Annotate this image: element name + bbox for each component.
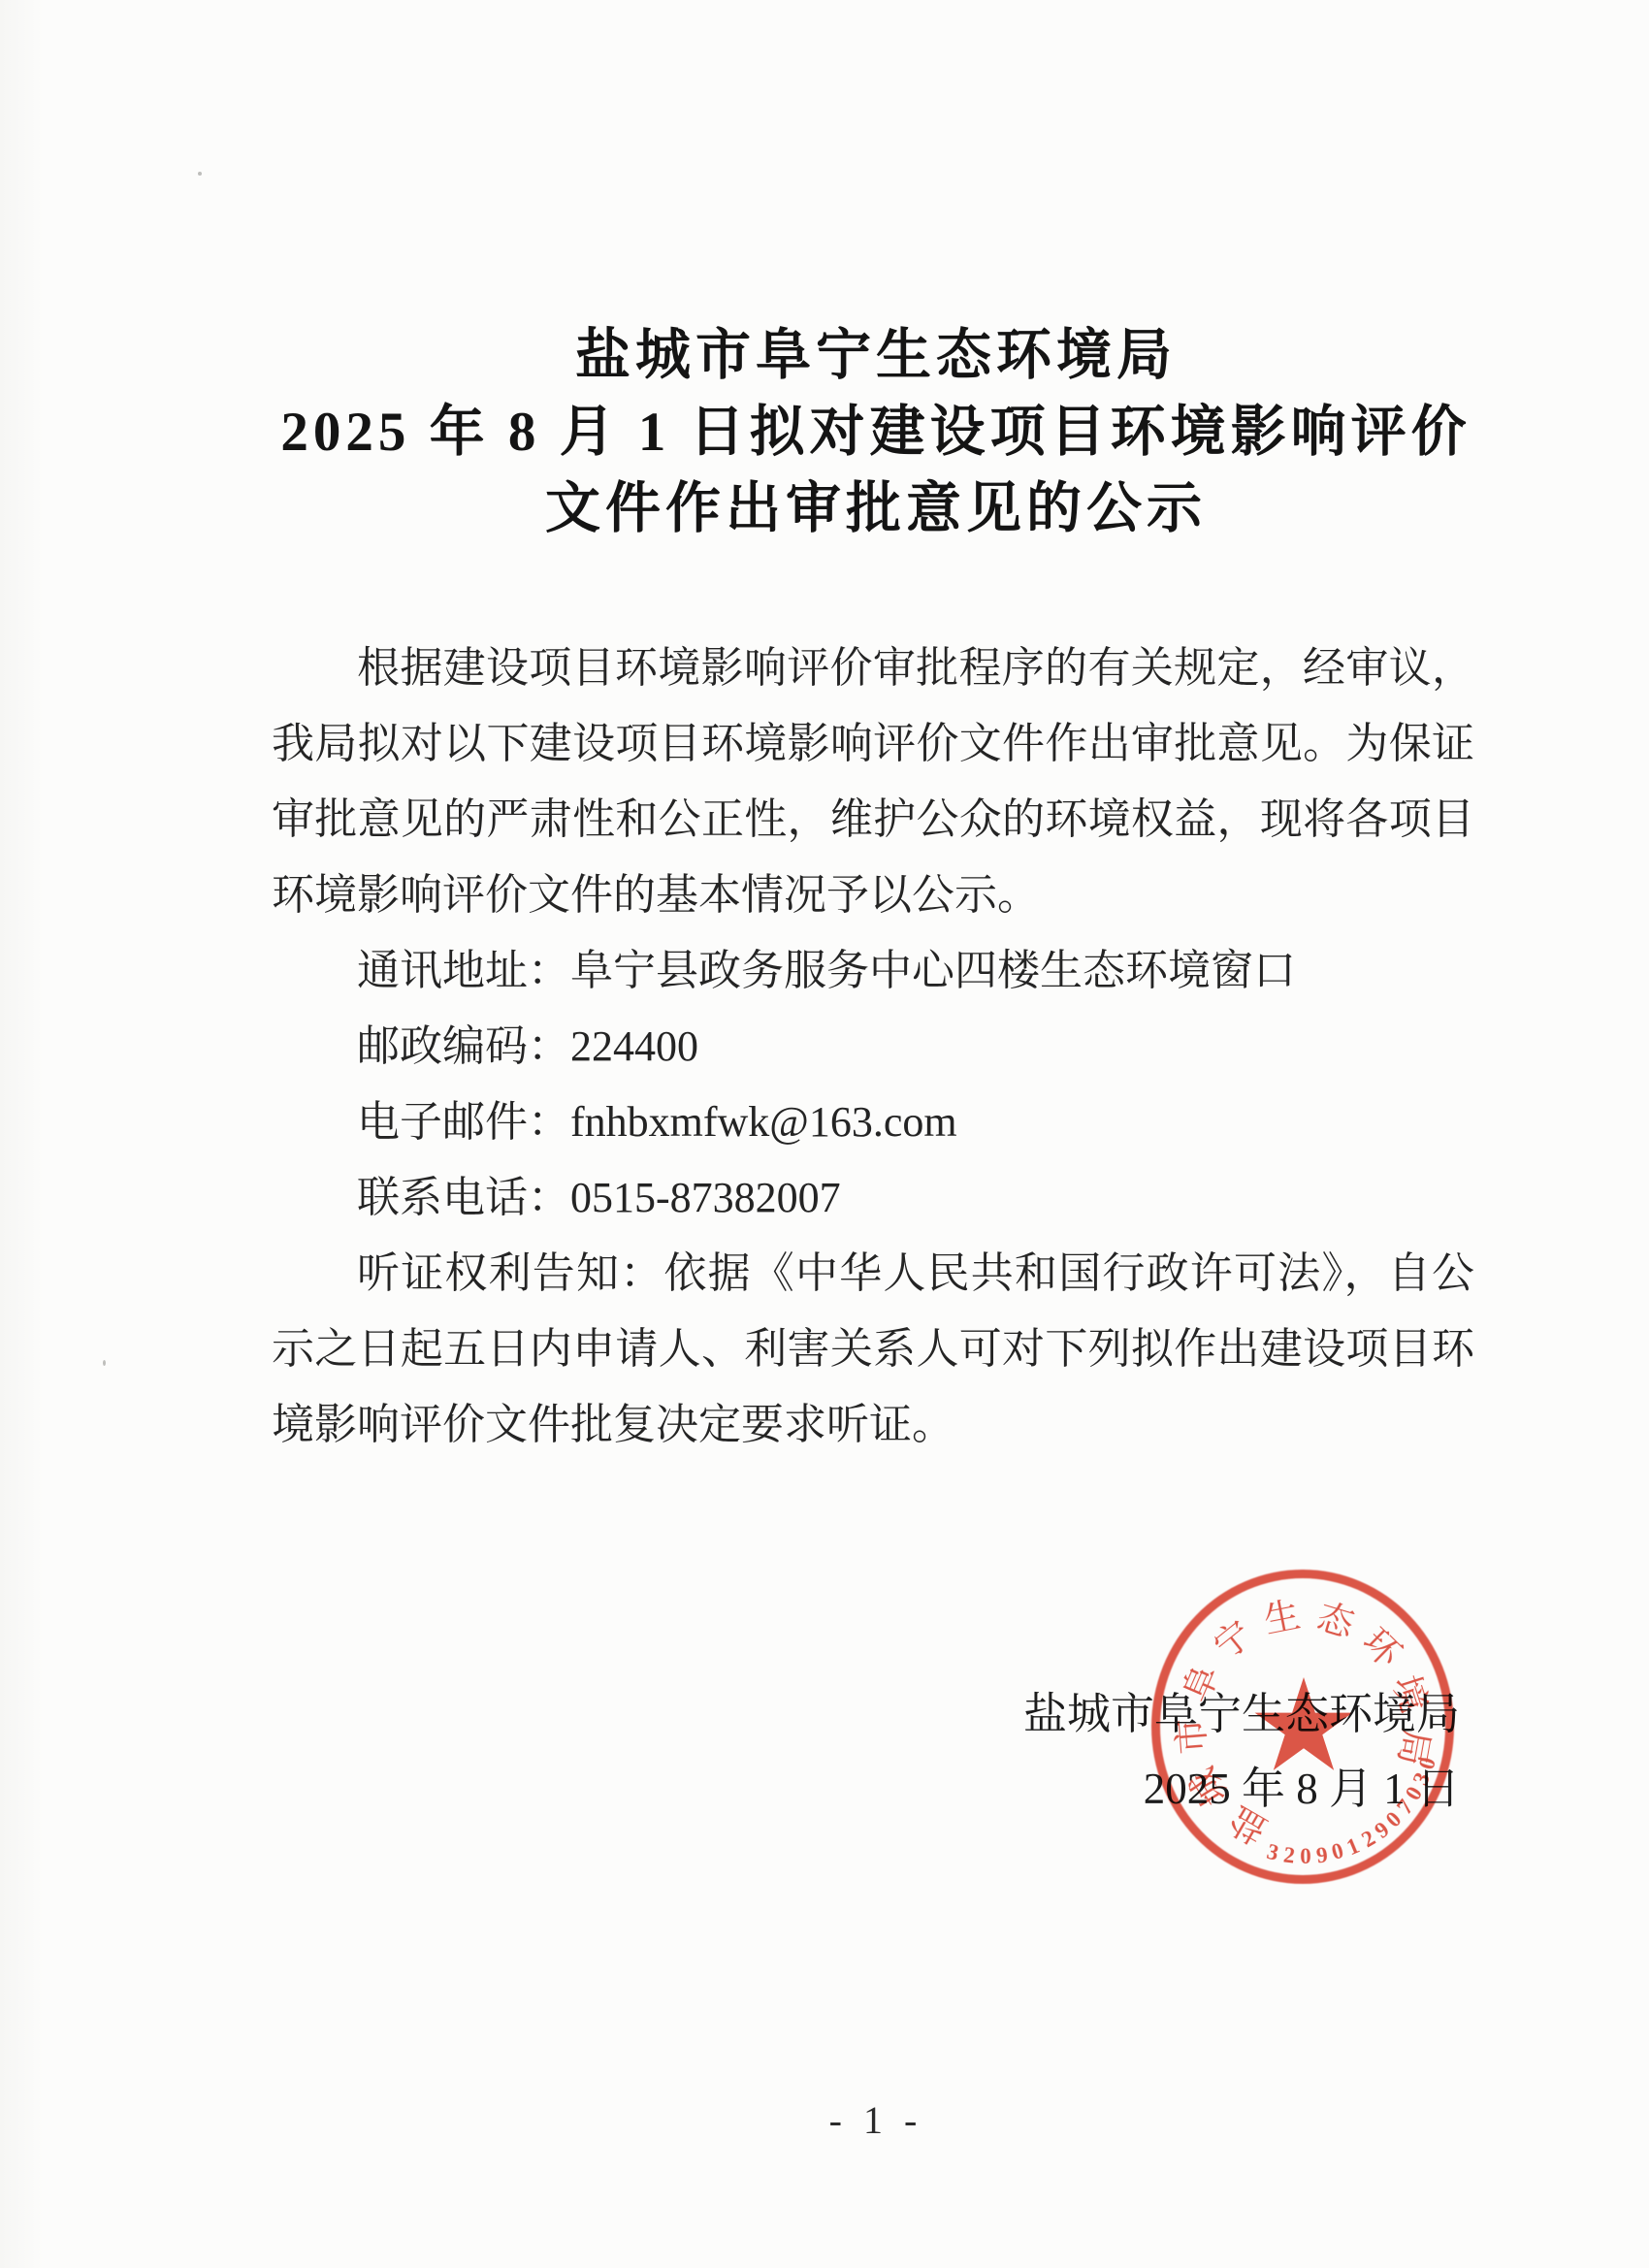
document-title: 盐城市阜宁生态环境局 2025 年 8 月 1 日拟对建设项目环境影响评价 文件…: [272, 317, 1480, 547]
contact-address-value: 阜宁县政务服务中心四楼生态环境窗口: [570, 947, 1296, 994]
phone-line: 联系电话：0515-87382007: [272, 1160, 1474, 1236]
postal-code-line: 邮政编码：224400: [272, 1009, 1474, 1085]
contact-address-line: 通讯地址：阜宁县政务服务中心四楼生态环境窗口: [272, 933, 1474, 1009]
title-line-1: 盐城市阜宁生态环境局: [272, 317, 1480, 394]
intro-paragraph: 根据建设项目环境影响评价审批程序的有关规定，经审议，我局拟对以下建设项目环境影响…: [272, 631, 1474, 933]
document-body: 根据建设项目环境影响评价审批程序的有关规定，经审议，我局拟对以下建设项目环境影响…: [272, 631, 1474, 1463]
scan-speck: [198, 172, 202, 176]
postal-code-label: 邮政编码：: [357, 1022, 570, 1070]
hearing-paragraph: 听证权利告知：依据《中华人民共和国行政许可法》，自公示之日起五日内申请人、利害关…: [272, 1236, 1474, 1463]
email-label: 电子邮件：: [357, 1098, 570, 1146]
phone-value: 0515-87382007: [570, 1174, 841, 1221]
email-line: 电子邮件：fnhbxmfwk@163.com: [272, 1085, 1474, 1160]
title-line-2: 2025 年 8 月 1 日拟对建设项目环境影响评价: [272, 394, 1480, 470]
email-value: fnhbxmfwk@163.com: [570, 1098, 957, 1146]
signature-block: 盐城市阜宁生态环境局 2025 年 8 月 1 日: [1023, 1677, 1460, 1827]
contact-address-label: 通讯地址：: [357, 947, 570, 994]
phone-label: 联系电话：: [357, 1174, 570, 1221]
postal-code-value: 224400: [570, 1022, 698, 1070]
signature-date: 2025 年 8 月 1 日: [1023, 1752, 1460, 1827]
document-page: 盐城市阜宁生态环境局 2025 年 8 月 1 日拟对建设项目环境影响评价 文件…: [0, 0, 1649, 2268]
signature-org: 盐城市阜宁生态环境局: [1023, 1677, 1460, 1752]
scan-speck: [103, 1360, 106, 1366]
title-line-3: 文件作出审批意见的公示: [272, 470, 1480, 547]
page-number: - 1 -: [272, 2097, 1480, 2144]
